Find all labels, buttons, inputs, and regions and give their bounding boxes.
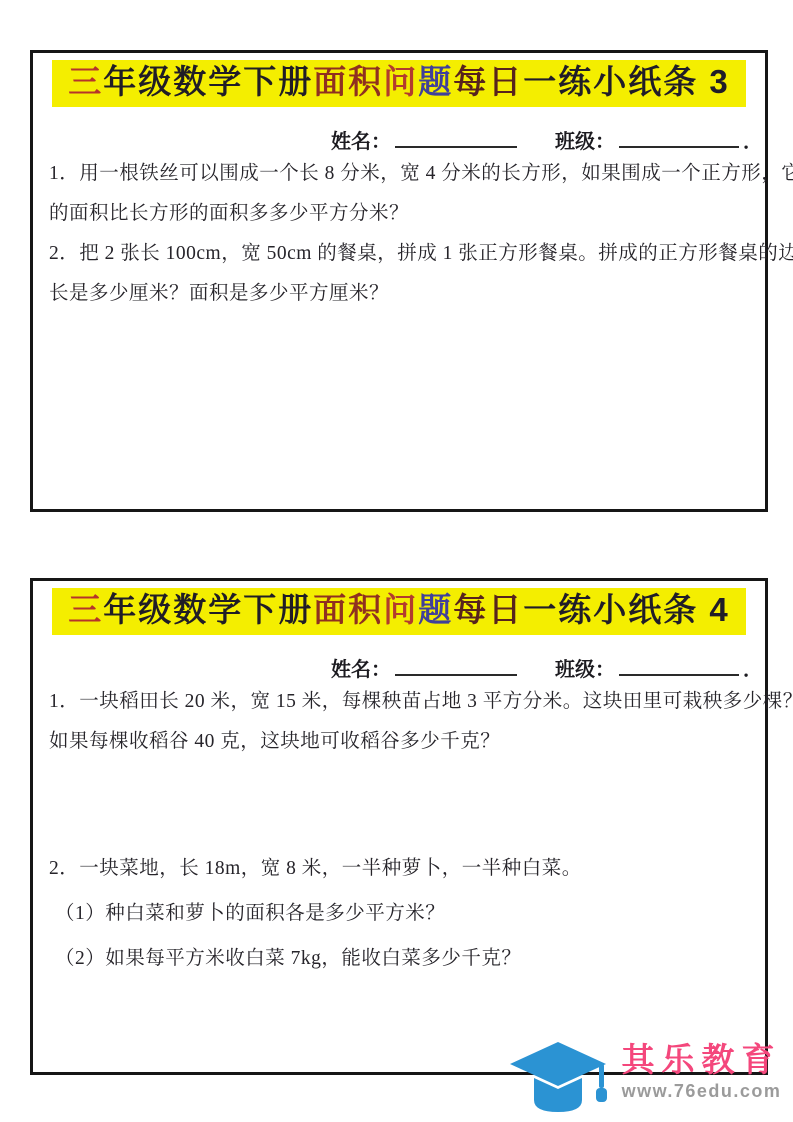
title-segment: 问 xyxy=(383,591,418,628)
class-label: 班级： xyxy=(555,131,615,153)
title-segment: 三 xyxy=(68,63,103,100)
title-segment: 面积 xyxy=(313,591,383,628)
problem-line: 长是多少厘米？面积是多少平方厘米？ xyxy=(49,274,749,314)
title-segment: 面积 xyxy=(313,63,383,100)
brand-url: www.76edu.com xyxy=(622,1081,782,1102)
problem-subline: （2）如果每平方米收白菜 7kg，能收白菜多少千克？ xyxy=(49,936,749,981)
worksheet-4-title-row: 三年级数学下册面积问题每日一练小纸条 4 xyxy=(33,588,765,635)
problem-line: 的面积比长方形的面积多多少平方分米？ xyxy=(49,194,749,234)
class-label: 班级： xyxy=(555,659,615,681)
line-period: ． xyxy=(743,131,763,153)
title-segment: 年级数学下册 xyxy=(103,591,313,628)
name-label: 姓名： xyxy=(331,131,391,153)
problem-line: 2．把 2 张长 100cm，宽 50cm 的餐桌，拼成 1 张正方形餐桌。拼成… xyxy=(49,234,749,274)
brand-logo-texts: 其乐教育 www.76edu.com xyxy=(610,1042,793,1102)
problem-line: 如果每棵收稻谷 40 克，这块地可收稻谷多少千克？ xyxy=(49,722,749,762)
problem-line: 2．一块菜地，长 18m，宽 8 米，一半种萝卜，一半种白菜。 xyxy=(49,846,749,891)
graduation-cap-icon xyxy=(506,1036,610,1120)
worksheet-3-name-class-row: 姓名：班级：． xyxy=(331,125,729,154)
worksheet-card-3: 三年级数学下册面积问题每日一练小纸条 3 姓名：班级：． 1．用一根铁丝可以围成… xyxy=(30,50,768,512)
worksheet-4-name-class-row: 姓名：班级：． xyxy=(331,653,729,682)
problem-block: 2．一块菜地，长 18m，宽 8 米，一半种萝卜，一半种白菜。 （1）种白菜和萝… xyxy=(33,846,765,981)
title-segment: 年级数学下册 xyxy=(103,63,313,100)
worksheet-card-4: 三年级数学下册面积问题每日一练小纸条 4 姓名：班级：． 1．一块稻田长 20 … xyxy=(30,578,768,1075)
brand-logo: 其乐教育 www.76edu.com xyxy=(506,1036,793,1122)
title-segment: 三 xyxy=(68,591,103,628)
class-blank-line xyxy=(619,129,739,148)
title-segment: 一练小纸条 4 xyxy=(523,591,730,628)
line-period: ． xyxy=(743,659,763,681)
title-segment: 一练小纸条 3 xyxy=(523,63,730,100)
worksheet-3-title-row: 三年级数学下册面积问题每日一练小纸条 3 xyxy=(33,60,765,107)
name-blank-line xyxy=(395,129,517,148)
problem-line: 1．用一根铁丝可以围成一个长 8 分米，宽 4 分米的长方形，如果围成一个正方形… xyxy=(49,154,749,194)
title-segment: 每日 xyxy=(453,63,523,100)
title-segment: 题 xyxy=(418,63,453,100)
name-label: 姓名： xyxy=(331,659,391,681)
title-segment: 题 xyxy=(418,591,453,628)
name-blank-line xyxy=(395,657,517,676)
worksheet-3-title: 三年级数学下册面积问题每日一练小纸条 3 xyxy=(52,60,746,107)
worksheet-4-title: 三年级数学下册面积问题每日一练小纸条 4 xyxy=(52,588,746,635)
problem-subline: （1）种白菜和萝卜的面积各是多少平方米？ xyxy=(49,891,749,936)
title-segment: 问 xyxy=(383,63,418,100)
problem-line: 1．一块稻田长 20 米，宽 15 米，每棵秧苗占地 3 平方分米。这块田里可栽… xyxy=(49,682,749,722)
title-segment: 每日 xyxy=(453,591,523,628)
brand-name: 其乐教育 xyxy=(622,1042,782,1078)
class-blank-line xyxy=(619,657,739,676)
